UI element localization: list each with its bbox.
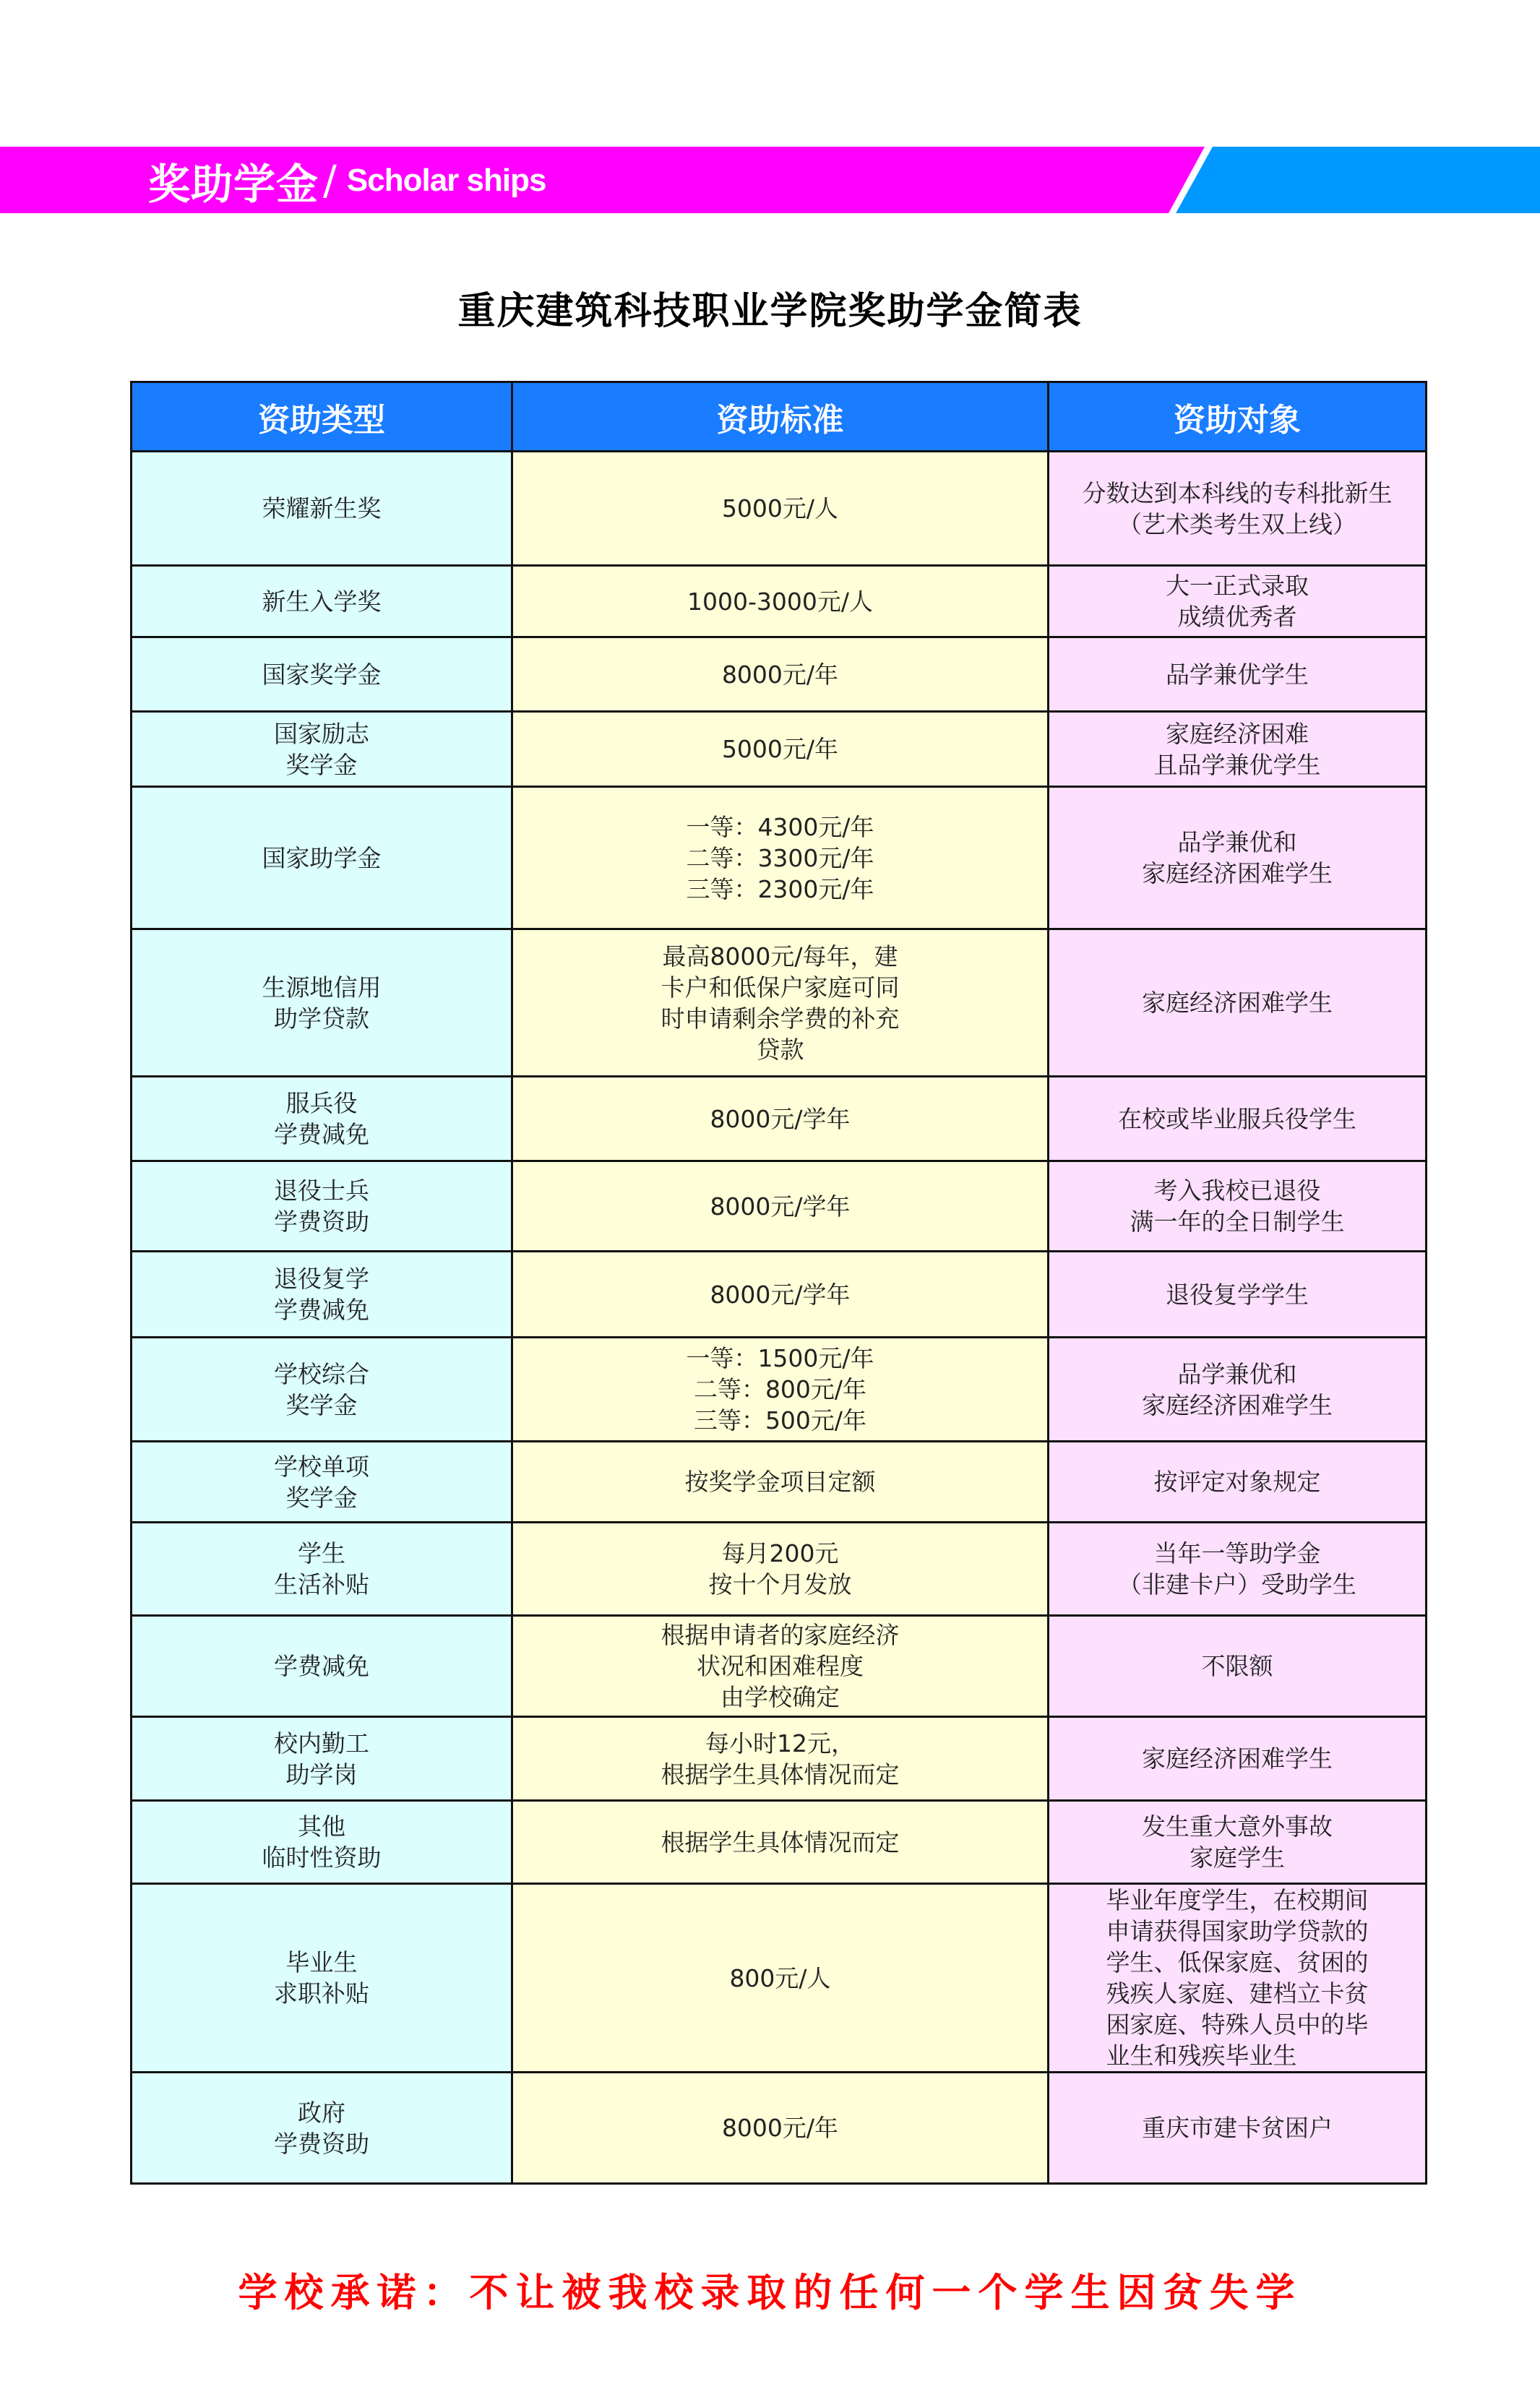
table-row: 荣耀新生奖5000元/人分数达到本科线的专科批新生（艺术类考生双上线） xyxy=(132,452,1427,566)
cell-line: 学费资助 xyxy=(141,1206,502,1237)
cell-line: 状况和困难程度 xyxy=(522,1651,1038,1682)
cell-line: 品学兼优学生 xyxy=(1058,659,1416,690)
table-row: 新生入学奖1000-3000元/人大一正式录取成绩优秀者 xyxy=(132,566,1427,637)
cell-line: 时申请剩余学费的补充 xyxy=(522,1003,1038,1034)
cell-target: 考入我校已退役满一年的全日制学生 xyxy=(1049,1161,1427,1252)
cell-line: 根据申请者的家庭经济 xyxy=(522,1619,1038,1651)
cell-target: 在校或毕业服兵役学生 xyxy=(1049,1077,1427,1161)
cell-line: 家庭经济困难学生 xyxy=(1058,987,1416,1018)
cell-line: 二等：3300元/年 xyxy=(522,843,1038,874)
cell-type: 学校单项奖学金 xyxy=(132,1442,512,1523)
cell-line: 8000元/学年 xyxy=(522,1191,1038,1222)
table-row: 国家助学金一等：4300元/年二等：3300元/年三等：2300元/年品学兼优和… xyxy=(132,787,1427,929)
cell-line: 成绩优秀者 xyxy=(1058,601,1416,632)
cell-type: 国家助学金 xyxy=(132,787,512,929)
cell-type: 毕业生求职补贴 xyxy=(132,1884,512,2073)
cell-line: 不限额 xyxy=(1058,1651,1416,1682)
cell-line: 由学校确定 xyxy=(522,1682,1038,1713)
cell-standard: 8000元/年 xyxy=(512,2073,1049,2184)
cell-line: 8000元/年 xyxy=(522,2112,1038,2143)
table-row: 学校综合奖学金一等：1500元/年二等：800元/年三等：500元/年品学兼优和… xyxy=(132,1338,1427,1442)
cell-line: 国家助学金 xyxy=(141,843,502,874)
cell-line: 学生、低保家庭、贫困的 xyxy=(1106,1947,1369,1978)
cell-line: 三等：500元/年 xyxy=(522,1405,1038,1436)
cell-line: 当年一等助学金 xyxy=(1058,1538,1416,1569)
cell-type: 校内勤工助学岗 xyxy=(132,1717,512,1801)
banner-separator: / xyxy=(323,158,337,205)
cell-line: 学校综合 xyxy=(141,1359,502,1390)
cell-line: 5000元/年 xyxy=(522,733,1038,765)
cell-line: 奖学金 xyxy=(141,1390,502,1421)
cell-target: 品学兼优学生 xyxy=(1049,637,1427,712)
cell-line: 退役复学 xyxy=(141,1263,502,1294)
cell-type: 生源地信用助学贷款 xyxy=(132,929,512,1077)
cell-line: 分数达到本科线的专科批新生 xyxy=(1058,478,1416,509)
cell-target: 重庆市建卡贫困户 xyxy=(1049,2073,1427,2184)
cell-line: 每小时12元， xyxy=(522,1728,1038,1759)
cell-standard: 根据学生具体情况而定 xyxy=(512,1801,1049,1884)
cell-line: 家庭经济困难学生 xyxy=(1058,1390,1416,1421)
cell-standard: 按奖学金项目定额 xyxy=(512,1442,1049,1523)
cell-line: 新生入学奖 xyxy=(141,586,502,617)
cell-standard: 每小时12元，根据学生具体情况而定 xyxy=(512,1717,1049,1801)
cell-line: 一等：4300元/年 xyxy=(522,812,1038,843)
cell-line: 业生和残疾毕业生 xyxy=(1106,2040,1369,2071)
table-row: 国家励志奖学金5000元/年家庭经济困难且品学兼优学生 xyxy=(132,712,1427,787)
cell-line: 且品学兼优学生 xyxy=(1058,749,1416,780)
table-row: 退役士兵学费资助8000元/学年考入我校已退役满一年的全日制学生 xyxy=(132,1161,1427,1252)
cell-line: 三等：2300元/年 xyxy=(522,874,1038,905)
cell-line: 8000元/学年 xyxy=(522,1279,1038,1310)
cell-type: 其他临时性资助 xyxy=(132,1801,512,1884)
cell-line: 退役士兵 xyxy=(141,1175,502,1206)
cell-standard: 5000元/年 xyxy=(512,712,1049,787)
page-title: 重庆建筑科技职业学院奖助学金简表 xyxy=(0,280,1540,335)
cell-type: 政府学费资助 xyxy=(132,2073,512,2184)
cell-line: 毕业年度学生，在校期间 xyxy=(1106,1885,1369,1916)
cell-line: 8000元/学年 xyxy=(522,1103,1038,1135)
table-header-row: 资助类型 资助标准 资助对象 xyxy=(132,382,1427,452)
cell-line: 发生重大意外事故 xyxy=(1058,1811,1416,1842)
cell-standard: 8000元/学年 xyxy=(512,1077,1049,1161)
cell-type: 学生生活补贴 xyxy=(132,1523,512,1616)
cell-target: 发生重大意外事故家庭学生 xyxy=(1049,1801,1427,1884)
cell-line: 学费资助 xyxy=(141,2128,502,2159)
cell-target: 毕业年度学生，在校期间申请获得国家助学贷款的学生、低保家庭、贫困的残疾人家庭、建… xyxy=(1049,1884,1427,2073)
cell-standard: 一等：4300元/年二等：3300元/年三等：2300元/年 xyxy=(512,787,1049,929)
cell-line: 根据学生具体情况而定 xyxy=(522,1827,1038,1858)
cell-line: 临时性资助 xyxy=(141,1842,502,1873)
cell-line: 学费减免 xyxy=(141,1294,502,1325)
cell-line: 最高8000元/每年，建 xyxy=(522,941,1038,972)
cell-standard: 1000-3000元/人 xyxy=(512,566,1049,637)
cell-line: 按评定对象规定 xyxy=(1058,1466,1416,1497)
cell-line: 5000元/人 xyxy=(522,493,1038,524)
school-pledge: 学校承诺：不让被我校录取的任何一个学生因贫失学 xyxy=(0,2262,1540,2318)
cell-standard: 8000元/年 xyxy=(512,637,1049,712)
cell-type: 新生入学奖 xyxy=(132,566,512,637)
cell-standard: 8000元/学年 xyxy=(512,1161,1049,1252)
cell-standard: 5000元/人 xyxy=(512,452,1049,566)
cell-target: 按评定对象规定 xyxy=(1049,1442,1427,1523)
cell-line: 困家庭、特殊人员中的毕 xyxy=(1106,2009,1369,2040)
cell-line: 国家励志 xyxy=(141,718,502,749)
cell-line: 生活补贴 xyxy=(141,1569,502,1600)
cell-line: 家庭经济困难学生 xyxy=(1058,1743,1416,1774)
cell-standard: 一等：1500元/年二等：800元/年三等：500元/年 xyxy=(512,1338,1049,1442)
cell-line: 家庭学生 xyxy=(1058,1842,1416,1873)
banner-title-cn: 奖助学金 xyxy=(148,150,319,211)
cell-line: 品学兼优和 xyxy=(1058,827,1416,858)
cell-line: 品学兼优和 xyxy=(1058,1359,1416,1390)
cell-type: 荣耀新生奖 xyxy=(132,452,512,566)
cell-standard: 根据申请者的家庭经济状况和困难程度由学校确定 xyxy=(512,1616,1049,1717)
cell-line: （非建卡户）受助学生 xyxy=(1058,1569,1416,1600)
cell-line: 二等：800元/年 xyxy=(522,1374,1038,1405)
cell-line: 家庭经济困难 xyxy=(1058,718,1416,749)
cell-target: 家庭经济困难学生 xyxy=(1049,929,1427,1077)
cell-line: 按奖学金项目定额 xyxy=(522,1466,1038,1497)
column-header-target: 资助对象 xyxy=(1049,382,1427,452)
cell-type: 国家奖学金 xyxy=(132,637,512,712)
cell-type: 退役复学学费减免 xyxy=(132,1252,512,1338)
cell-line: 其他 xyxy=(141,1811,502,1842)
cell-line: 重庆市建卡贫困户 xyxy=(1058,2112,1416,2143)
cell-line: 奖学金 xyxy=(141,749,502,780)
cell-standard: 最高8000元/每年，建卡户和低保户家庭可同时申请剩余学费的补充贷款 xyxy=(512,929,1049,1077)
cell-line: 家庭经济困难学生 xyxy=(1058,858,1416,889)
cell-type: 学费减免 xyxy=(132,1616,512,1717)
cell-line: 生源地信用 xyxy=(141,972,502,1003)
table-row: 政府学费资助8000元/年重庆市建卡贫困户 xyxy=(132,2073,1427,2184)
cell-line: 卡户和低保户家庭可同 xyxy=(522,972,1038,1003)
table-row: 服兵役学费减免8000元/学年在校或毕业服兵役学生 xyxy=(132,1077,1427,1161)
table-row: 生源地信用助学贷款最高8000元/每年，建卡户和低保户家庭可同时申请剩余学费的补… xyxy=(132,929,1427,1077)
cell-target: 大一正式录取成绩优秀者 xyxy=(1049,566,1427,637)
cell-line: 贷款 xyxy=(522,1034,1038,1065)
cell-line: 学校单项 xyxy=(141,1451,502,1482)
table-row: 毕业生求职补贴800元/人毕业年度学生，在校期间申请获得国家助学贷款的学生、低保… xyxy=(132,1884,1427,2073)
cell-target: 退役复学学生 xyxy=(1049,1252,1427,1338)
table-row: 国家奖学金8000元/年品学兼优学生 xyxy=(132,637,1427,712)
cell-line: 一等：1500元/年 xyxy=(522,1343,1038,1374)
section-banner: 奖助学金 / Scholar ships xyxy=(0,147,1540,213)
cell-standard: 8000元/学年 xyxy=(512,1252,1049,1338)
cell-line: 校内勤工 xyxy=(141,1728,502,1759)
cell-target: 品学兼优和家庭经济困难学生 xyxy=(1049,1338,1427,1442)
cell-line: 申请获得国家助学贷款的 xyxy=(1106,1916,1369,1947)
cell-line: 8000元/年 xyxy=(522,659,1038,690)
cell-target: 当年一等助学金（非建卡户）受助学生 xyxy=(1049,1523,1427,1616)
cell-line: 1000-3000元/人 xyxy=(522,586,1038,617)
cell-target: 品学兼优和家庭经济困难学生 xyxy=(1049,787,1427,929)
column-header-type: 资助类型 xyxy=(132,382,512,452)
cell-line: 助学贷款 xyxy=(141,1003,502,1034)
cell-line: 政府 xyxy=(141,2097,502,2128)
cell-line: 学生 xyxy=(141,1538,502,1569)
column-header-standard: 资助标准 xyxy=(512,382,1049,452)
cell-target: 家庭经济困难学生 xyxy=(1049,1717,1427,1801)
cell-line: 求职补贴 xyxy=(141,1978,502,2009)
table-row: 校内勤工助学岗每小时12元，根据学生具体情况而定家庭经济困难学生 xyxy=(132,1717,1427,1801)
cell-target: 家庭经济困难且品学兼优学生 xyxy=(1049,712,1427,787)
cell-line: 奖学金 xyxy=(141,1482,502,1513)
cell-line: 助学岗 xyxy=(141,1759,502,1790)
table-row: 学费减免根据申请者的家庭经济状况和困难程度由学校确定不限额 xyxy=(132,1616,1427,1717)
cell-text-block: 毕业年度学生，在校期间申请获得国家助学贷款的学生、低保家庭、贫困的残疾人家庭、建… xyxy=(1106,1885,1369,2071)
table-row: 其他临时性资助根据学生具体情况而定发生重大意外事故家庭学生 xyxy=(132,1801,1427,1884)
cell-standard: 每月200元按十个月发放 xyxy=(512,1523,1049,1616)
cell-line: 考入我校已退役 xyxy=(1058,1175,1416,1206)
cell-line: 学费减免 xyxy=(141,1651,502,1682)
cell-type: 服兵役学费减免 xyxy=(132,1077,512,1161)
cell-line: 国家奖学金 xyxy=(141,659,502,690)
cell-target: 不限额 xyxy=(1049,1616,1427,1717)
cell-line: 大一正式录取 xyxy=(1058,570,1416,601)
cell-target: 分数达到本科线的专科批新生（艺术类考生双上线） xyxy=(1049,452,1427,566)
banner-title-en: Scholar ships xyxy=(347,163,546,199)
cell-line: 残疾人家庭、建档立卡贫 xyxy=(1106,1978,1369,2009)
cell-line: 每月200元 xyxy=(522,1538,1038,1569)
cell-type: 学校综合奖学金 xyxy=(132,1338,512,1442)
cell-line: 按十个月发放 xyxy=(522,1569,1038,1600)
cell-line: 在校或毕业服兵役学生 xyxy=(1058,1103,1416,1135)
cell-line: 根据学生具体情况而定 xyxy=(522,1759,1038,1790)
banner-title: 奖助学金 / Scholar ships xyxy=(148,155,546,206)
cell-line: 满一年的全日制学生 xyxy=(1058,1206,1416,1237)
table-body: 荣耀新生奖5000元/人分数达到本科线的专科批新生（艺术类考生双上线）新生入学奖… xyxy=(132,452,1427,2184)
table-row: 退役复学学费减免8000元/学年退役复学学生 xyxy=(132,1252,1427,1338)
cell-line: 学费减免 xyxy=(141,1119,502,1150)
table-row: 学校单项奖学金按奖学金项目定额按评定对象规定 xyxy=(132,1442,1427,1523)
scholarship-table: 资助类型 资助标准 资助对象 荣耀新生奖5000元/人分数达到本科线的专科批新生… xyxy=(130,381,1427,2185)
cell-line: 荣耀新生奖 xyxy=(141,493,502,524)
cell-line: 服兵役 xyxy=(141,1088,502,1119)
table-row: 学生生活补贴每月200元按十个月发放当年一等助学金（非建卡户）受助学生 xyxy=(132,1523,1427,1616)
cell-line: 毕业生 xyxy=(141,1947,502,1978)
cell-type: 国家励志奖学金 xyxy=(132,712,512,787)
cell-type: 退役士兵学费资助 xyxy=(132,1161,512,1252)
cell-line: 800元/人 xyxy=(522,1963,1038,1994)
cell-line: 退役复学学生 xyxy=(1058,1279,1416,1310)
cell-line: （艺术类考生双上线） xyxy=(1058,509,1416,540)
cell-standard: 800元/人 xyxy=(512,1884,1049,2073)
